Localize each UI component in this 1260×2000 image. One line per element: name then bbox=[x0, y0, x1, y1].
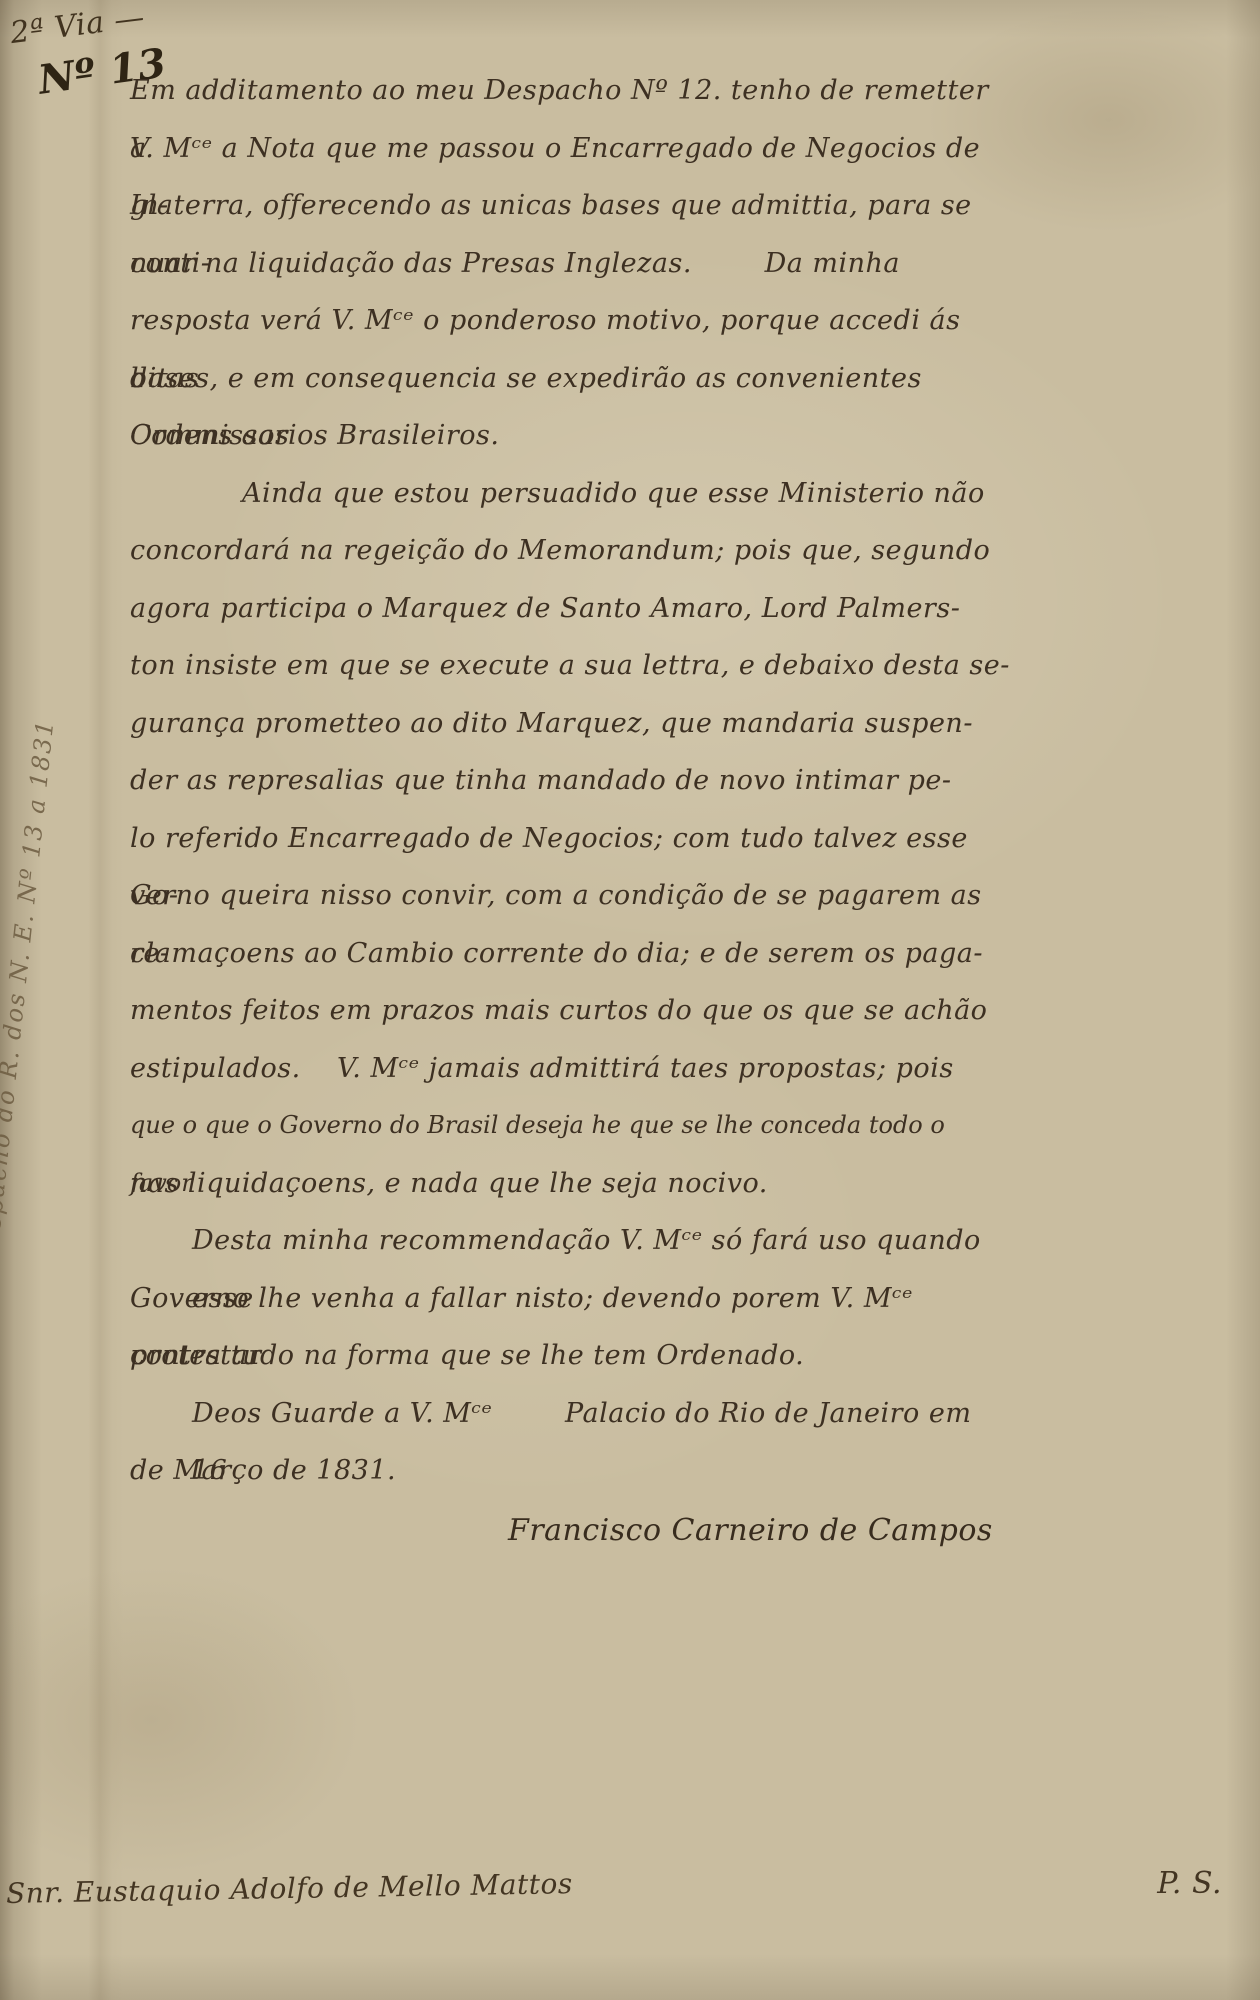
letter-line: Em additamento ao meu Despacho Nº 12. te… bbox=[130, 62, 1010, 120]
footer: Snr. Eustaquio Adolfo de Mello Mattos P.… bbox=[0, 1872, 1260, 1942]
letter-line: agora participa o Marquez de Santo Amaro… bbox=[130, 580, 1010, 638]
letter-line: der as represalias que tinha mandado de … bbox=[130, 752, 1010, 810]
letter-line: Governo lhe venha a fallar nisto; devend… bbox=[130, 1270, 1010, 1328]
letter-line: concordará na regeição do Memorandum; po… bbox=[130, 522, 1010, 580]
letter-line: nuar na liquidação das Presas Inglezas. … bbox=[130, 235, 1010, 293]
letter-line: Commissarios Brasileiros. bbox=[130, 407, 1010, 465]
letter-line: bases, e em consequencia se expedirão as… bbox=[130, 350, 1010, 408]
letter-line: que o que o Governo do Brasil deseja he … bbox=[130, 1097, 1010, 1155]
letter-line: Desta minha recommendação V. Mᶜᵉ só fará… bbox=[130, 1212, 1010, 1270]
letter-line: contra tudo na forma que se lhe tem Orde… bbox=[130, 1327, 1010, 1385]
letter-line: de Março de 1831. bbox=[130, 1442, 1010, 1500]
signature: Francisco Carneiro de Campos bbox=[130, 1500, 1010, 1562]
postscript-mark: P. S. bbox=[1157, 1866, 1222, 1901]
letter-line: clamaçoens ao Cambio corrente do dia; e … bbox=[130, 925, 1010, 983]
letter-line: lo referido Encarregado de Negocios; com… bbox=[130, 810, 1010, 868]
letter-line: Deos Guarde a V. Mᶜᵉ Palacio do Rio de J… bbox=[130, 1385, 1010, 1443]
letter-line: nas liquidaçoens, e nada que lhe seja no… bbox=[130, 1155, 1010, 1213]
letter-line: mentos feitos em prazos mais curtos do q… bbox=[130, 982, 1010, 1040]
manuscript-page: 2ª Via — Nº 13 Despacho do R. dos N. E. … bbox=[0, 0, 1260, 2000]
letter-body: Em additamento ao meu Despacho Nº 12. te… bbox=[130, 62, 1010, 1562]
letter-line: gurança prometteo ao dito Marquez, que m… bbox=[130, 695, 1010, 753]
letter-line: V. Mᶜᵉ a Nota que me passou o Encarregad… bbox=[130, 120, 1010, 178]
letter-line: estipulados. V. Mᶜᵉ jamais admittirá tae… bbox=[130, 1040, 1010, 1098]
letter-line: ton insiste em que se execute a sua lett… bbox=[130, 637, 1010, 695]
margin-vertical-note: Despacho do R. dos N. E. Nº 13 a 1831 bbox=[0, 429, 132, 1272]
addressee-line: Snr. Eustaquio Adolfo de Mello Mattos bbox=[6, 1867, 573, 1910]
letter-line: glaterra, offerecendo as unicas bases qu… bbox=[130, 177, 1010, 235]
letter-line: Ainda que estou persuadido que esse Mini… bbox=[130, 465, 1010, 523]
letter-line: verno queira nisso convir, com a condiçã… bbox=[130, 867, 1010, 925]
letter-line: resposta verá V. Mᶜᵉ o ponderoso motivo,… bbox=[130, 292, 1010, 350]
